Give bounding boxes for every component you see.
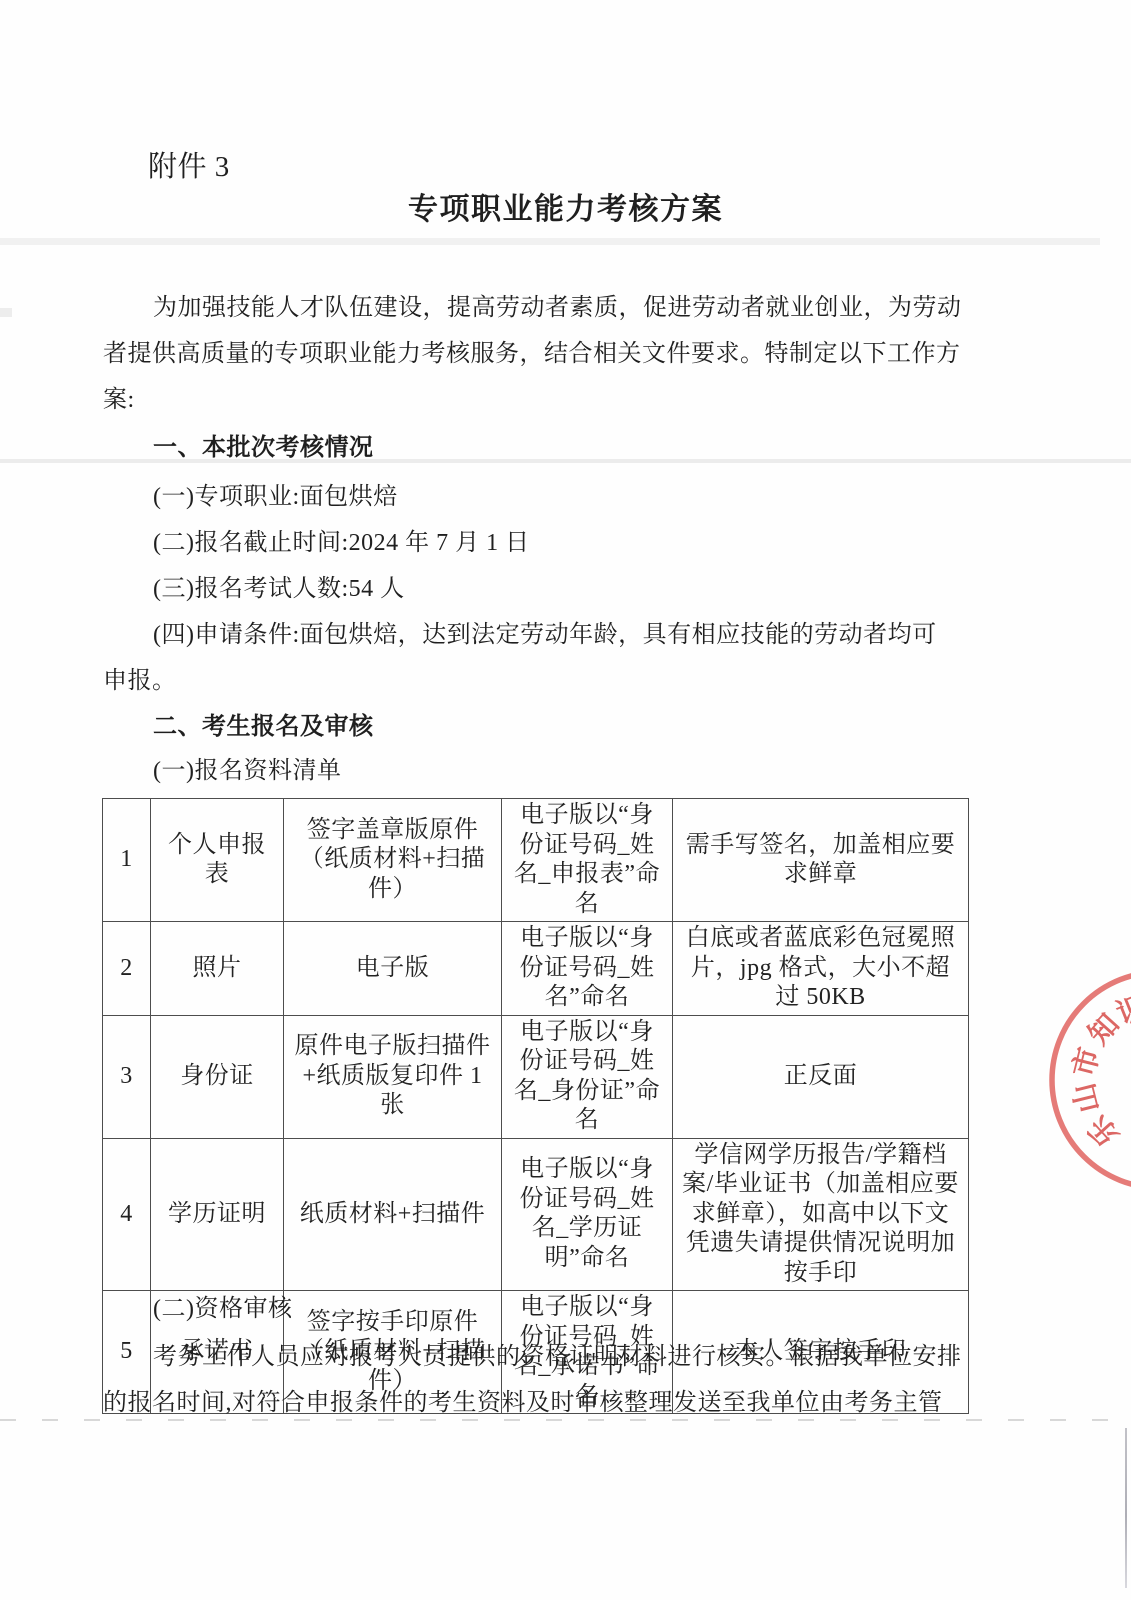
table-row: 1 个人申报表 签字盖章版原件（纸质材料+扫描件） 电子版以“身份证号码_姓名_… [103, 799, 969, 922]
cell-row-number: 3 [103, 1015, 151, 1138]
scan-edge-line [1125, 1428, 1127, 1588]
intro-line: 者提供高质量的专项职业能力考核服务，结合相关文件要求。特制定以下工作方 [103, 331, 973, 377]
cell-naming-rule: 电子版以“身份证号码_姓名_学历证明”命名 [502, 1138, 673, 1291]
section-one-item-3: (三)报名考试人数:54 人 [103, 566, 983, 612]
section-one-item-2: (二)报名截止时间:2024 年 7 月 1 日 [103, 520, 983, 566]
scan-edge-notch [0, 308, 12, 317]
review-paragraph: 考务工作人员应对报考人员提供的资格证明材料进行核实。根据我单位安排 的报名时间,… [103, 1334, 983, 1426]
cell-row-number: 2 [103, 922, 151, 1016]
intro-line: 案: [103, 377, 973, 423]
review-line: 的报名时间,对符合申报条件的考生资料及时审核整理发送至我单位由考务主管 [103, 1380, 983, 1426]
section-one-items: (一)专项职业:面包烘焙 (二)报名截止时间:2024 年 7 月 1 日 (三… [103, 474, 983, 704]
cell-item-name: 身份证 [151, 1015, 284, 1138]
scan-streak-top [0, 238, 1100, 245]
scanned-document-page: 附件 3 专项职业能力考核方案 为加强技能人才队伍建设，提高劳动者素质，促进劳动… [0, 0, 1131, 1600]
section-one-item-4-line: (四)申请条件:面包烘焙，达到法定劳动年龄，具有相应技能的劳动者均可 [103, 612, 983, 658]
intro-line: 为加强技能人才队伍建设，提高劳动者素质，促进劳动者就业创业，为劳动 [103, 285, 973, 331]
cell-requirement: 白底或者蓝底彩色冠冕照片，jpg 格式，大小不超过 50KB [673, 922, 969, 1016]
section-two-subheading-1: (一)报名资料清单 [103, 748, 973, 794]
cell-format: 原件电子版扫描件+纸质版复印件 1 张 [284, 1015, 502, 1138]
cell-requirement: 学信网学历报告/学籍档案/毕业证书（加盖相应要求鲜章），如高中以下文凭遗失请提供… [673, 1138, 969, 1291]
cell-requirement: 正反面 [673, 1015, 969, 1138]
section-two-heading: 二、考生报名及审核 [103, 704, 973, 750]
cell-row-number: 4 [103, 1138, 151, 1291]
intro-paragraph: 为加强技能人才队伍建设，提高劳动者素质，促进劳动者就业创业，为劳动 者提供高质量… [103, 285, 973, 423]
cell-naming-rule: 电子版以“身份证号码_姓名_申报表”命名 [502, 799, 673, 922]
cell-format: 纸质材料+扫描件 [284, 1138, 502, 1291]
section-one-item-4-line: 申报。 [103, 658, 983, 704]
seal-character: 乐 [1081, 1108, 1126, 1152]
review-line: 考务工作人员应对报考人员提供的资格证明材料进行核实。根据我单位安排 [103, 1334, 983, 1380]
red-seal-stamp: 乐 山 市 知 识 [1005, 940, 1131, 1230]
cell-naming-rule: 电子版以“身份证号码_姓名_身份证”命名 [502, 1015, 673, 1138]
cell-item-name: 学历证明 [151, 1138, 284, 1291]
table-row: 4 学历证明 纸质材料+扫描件 电子版以“身份证号码_姓名_学历证明”命名 学信… [103, 1138, 969, 1291]
seal-character: 山 [1068, 1080, 1106, 1116]
section-one-item-1: (一)专项职业:面包烘焙 [103, 474, 983, 520]
cell-item-name: 照片 [151, 922, 284, 1016]
section-one-heading: 一、本批次考核情况 [103, 425, 973, 471]
attachment-label: 附件 3 [148, 147, 230, 187]
cell-naming-rule: 电子版以“身份证号码_姓名”命名 [502, 922, 673, 1016]
cell-item-name: 个人申报表 [151, 799, 284, 922]
page-title: 专项职业能力考核方案 [0, 190, 1131, 230]
cell-row-number: 1 [103, 799, 151, 922]
cell-format: 电子版 [284, 922, 502, 1016]
seal-character: 市 [1067, 1044, 1106, 1080]
table-row: 3 身份证 原件电子版扫描件+纸质版复印件 1 张 电子版以“身份证号码_姓名_… [103, 1015, 969, 1138]
table-row: 2 照片 电子版 电子版以“身份证号码_姓名”命名 白底或者蓝底彩色冠冕照片，j… [103, 922, 969, 1016]
section-two-subheading-2: (二)资格审核 [103, 1286, 973, 1332]
cell-format: 签字盖章版原件（纸质材料+扫描件） [284, 799, 502, 922]
cell-requirement: 需手写签名，加盖相应要求鲜章 [673, 799, 969, 922]
